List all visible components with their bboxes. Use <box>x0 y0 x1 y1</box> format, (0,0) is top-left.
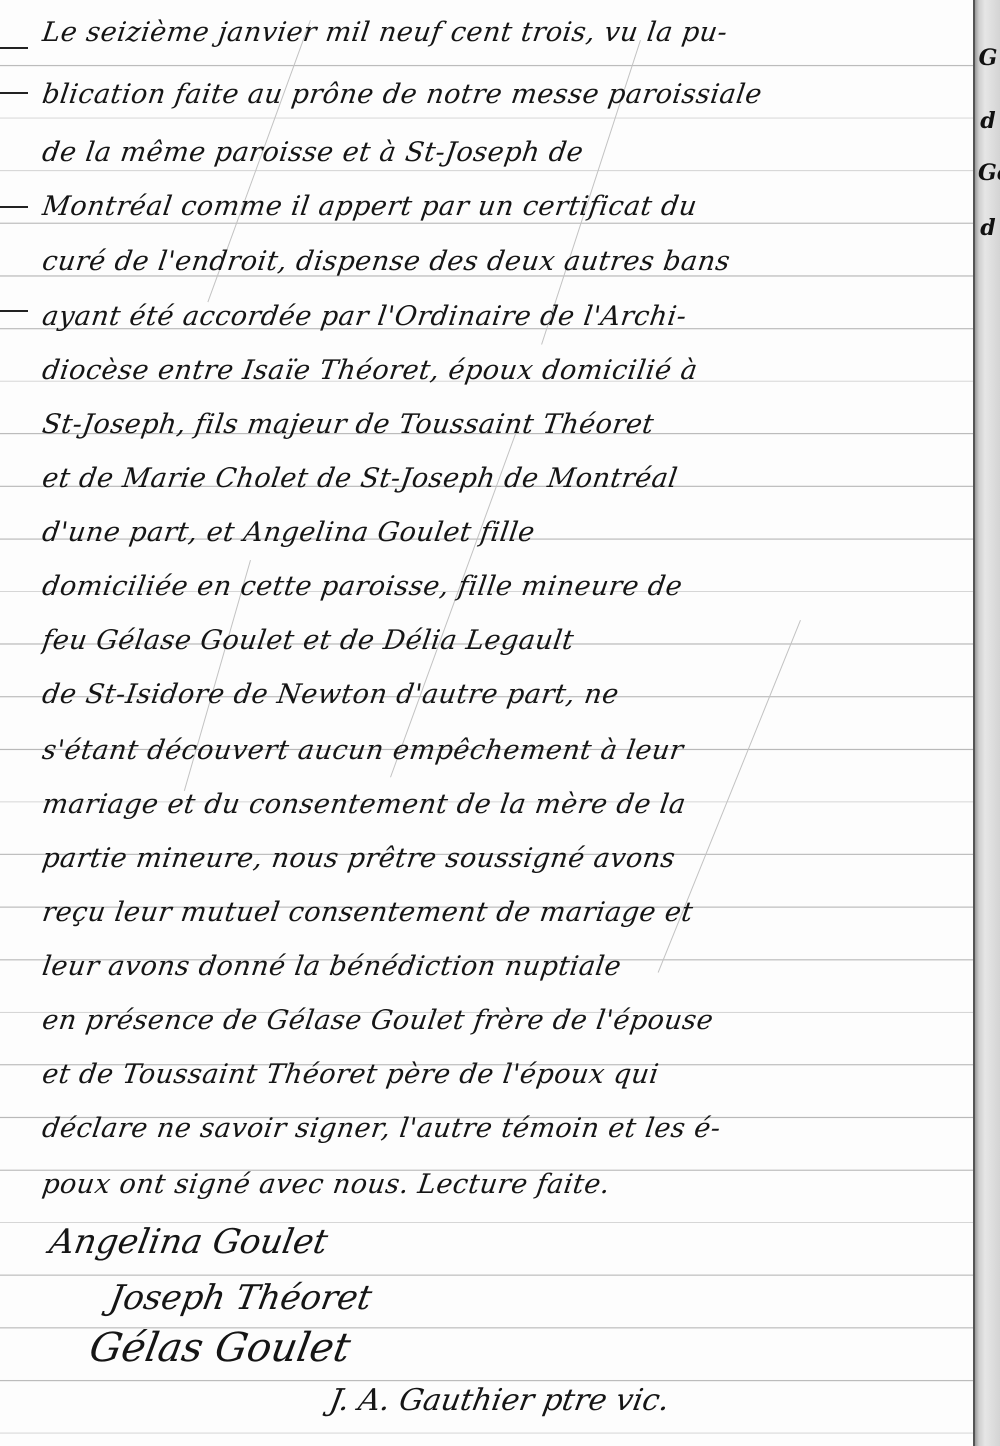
body-line: en présence de Gélase Goulet frère de l'… <box>40 1004 975 1038</box>
body-line: domiciliée en cette paroisse, fille mine… <box>40 570 975 604</box>
body-line: s'étant découvert aucun empêchement à le… <box>40 734 975 768</box>
body-line: curé de l'endroit, dispense des deux aut… <box>40 245 975 279</box>
signature-bride: Angelina Goulet <box>46 1222 330 1262</box>
margin-letter: Ge <box>978 160 998 186</box>
body-line: feu Gélase Goulet et de Délia Legault <box>40 624 975 658</box>
body-line: mariage et du consentement de la mère de… <box>40 788 975 822</box>
body-line: de la même paroisse et à St-Joseph de <box>40 136 975 170</box>
body-line: blication faite au prône de notre messe … <box>40 78 975 112</box>
body-line: et de Toussaint Théoret père de l'époux … <box>40 1058 975 1092</box>
body-line: diocèse entre Isaïe Théoret, époux domic… <box>40 354 975 388</box>
margin-tick <box>0 310 28 312</box>
body-line: Montréal comme il appert par un certific… <box>40 190 975 224</box>
body-line: poux ont signé avec nous. Lecture faite. <box>40 1168 975 1202</box>
body-line: de St-Isidore de Newton d'autre part, ne <box>40 678 975 712</box>
margin-tick <box>0 206 28 208</box>
body-line: leur avons donné la bénédiction nuptiale <box>40 950 975 984</box>
register-page: Le seizième janvier mil neuf cent trois,… <box>0 0 975 1446</box>
body-line: reçu leur mutuel consentement de mariage… <box>40 896 975 930</box>
margin-letter: d <box>978 215 998 241</box>
body-line: et de Marie Cholet de St-Joseph de Montr… <box>40 462 975 496</box>
signature-priest: J. A. Gauthier ptre vic. <box>327 1383 672 1418</box>
body-line: St-Joseph, fils majeur de Toussaint Théo… <box>40 408 975 442</box>
margin-tick <box>0 47 28 49</box>
body-line: d'une part, et Angelina Goulet fille <box>40 516 975 550</box>
page-spine-edge: G d Ge d <box>973 0 1000 1446</box>
signature-groom: Joseph Théoret <box>106 1278 374 1318</box>
body-line: partie mineure, nous prêtre soussigné av… <box>40 842 975 876</box>
signature-witness: Gélas Goulet <box>86 1325 354 1371</box>
margin-letter: G <box>978 45 998 71</box>
margin-tick <box>0 92 28 94</box>
body-line: ayant été accordée par l'Ordinaire de l'… <box>40 300 975 334</box>
body-line: déclare ne savoir signer, l'autre témoin… <box>40 1112 975 1146</box>
body-line: Le seizième janvier mil neuf cent trois,… <box>40 16 975 50</box>
margin-letter: d <box>978 108 998 134</box>
